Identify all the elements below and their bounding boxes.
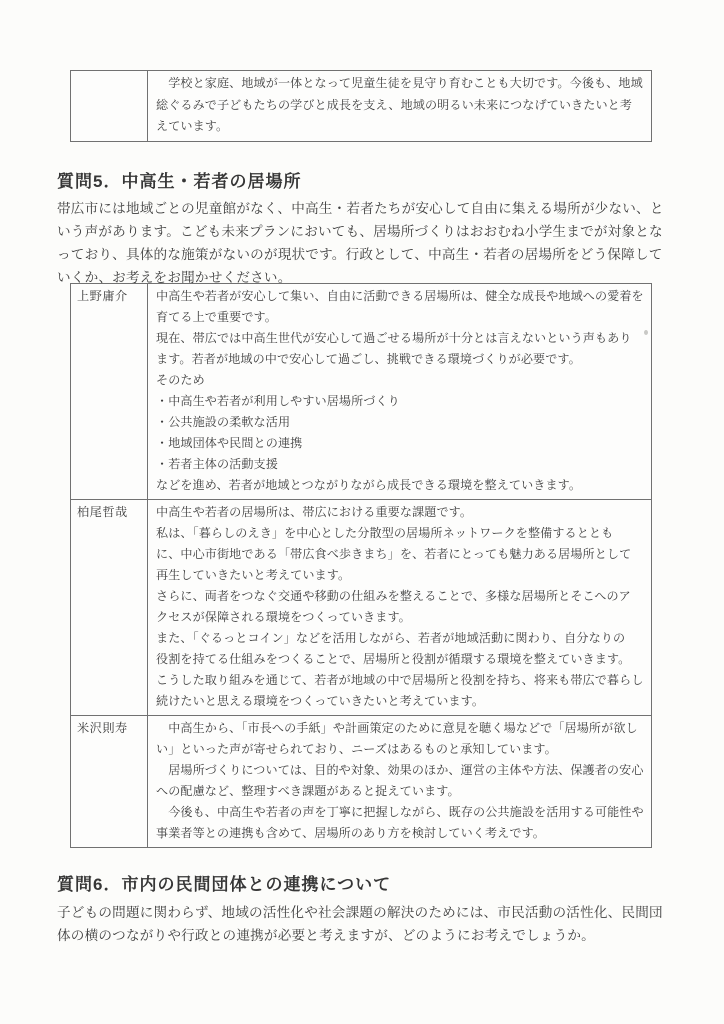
answer-text: 中高生から、「市長への手紙」や計画策定のために意見を聴く場などで「居場所が欲し …: [148, 716, 652, 848]
question5-answer-table: 上野庸介 中高生や若者が安心して集い、自由に活動できる居場所は、健全な成長や地域…: [70, 283, 652, 848]
table-row-yonezawa: 米沢則寿 中高生から、「市長への手紙」や計画策定のために意見を聴く場などで「居場…: [71, 716, 652, 848]
respondent-name: 米沢則寿: [71, 716, 148, 848]
table-row: 学校と家庭、地域が一体となって児童生徒を見守り育むことも大切です。今後も、地域 …: [71, 71, 652, 142]
question5-heading: 質問5．中高生・若者の居場所: [57, 171, 301, 193]
respondent-name-cell: [71, 71, 148, 142]
table-row-kashio: 柏尾哲哉 中高生や若者の居場所は、帯広における重要な課題です。 私は、「暮らしの…: [71, 500, 652, 716]
respondent-name: 柏尾哲哉: [71, 500, 148, 716]
table-row-ueno: 上野庸介 中高生や若者が安心して集い、自由に活動できる居場所は、健全な成長や地域…: [71, 284, 652, 500]
answer-text: 学校と家庭、地域が一体となって児童生徒を見守り育むことも大切です。今後も、地域 …: [148, 71, 652, 142]
scan-artifact-dot: [644, 330, 648, 335]
answer-text: 中高生や若者が安心して集い、自由に活動できる居場所は、健全な成長や地域への愛着を…: [148, 284, 652, 500]
question6-heading: 質問6．市内の民間団体との連携について: [57, 874, 391, 896]
question5-body: 帯広市には地域ごとの児童館がなく、中高生・若者たちが安心して自由に集える場所が少…: [57, 197, 675, 289]
continuation-answer-table: 学校と家庭、地域が一体となって児童生徒を見守り育むことも大切です。今後も、地域 …: [70, 70, 652, 142]
answer-text: 中高生や若者の居場所は、帯広における重要な課題です。 私は、「暮らしのえき」を中…: [148, 500, 652, 716]
question6-body: 子どもの問題に関わらず、地域の活性化や社会課題の解決のためには、市民活動の活性化…: [57, 901, 675, 947]
document-page: 学校と家庭、地域が一体となって児童生徒を見守り育むことも大切です。今後も、地域 …: [0, 0, 724, 1024]
respondent-name: 上野庸介: [71, 284, 148, 500]
